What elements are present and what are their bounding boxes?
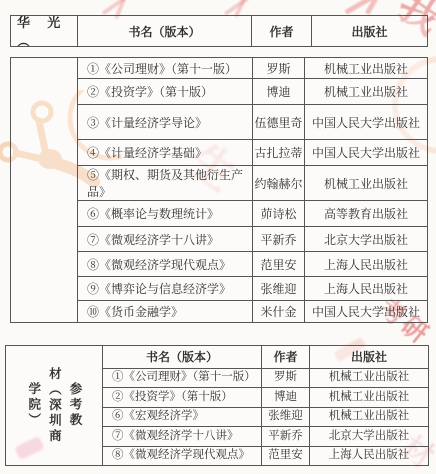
table-row: ④《计量经济学基础》 古扎拉蒂 中国人民大学出版社	[78, 139, 427, 165]
column-header-author: 作者	[252, 16, 312, 46]
publisher-cell: 机械工业出版社	[310, 388, 428, 406]
book-cell: ②《投资学》（第十版）	[78, 79, 253, 104]
table-row: ⑨《博弈论与信息经济学》 张维迎 上海人民出版社	[78, 276, 427, 300]
author-cell: 伍德里奇	[253, 105, 305, 139]
publisher-cell: 中国人民大学出版社	[305, 301, 427, 322]
table-row: ⑥《概率论与数理统计》 茆诗松 高等教育出版社	[78, 200, 427, 226]
table-row: ⑥《宏观经济学》 张维迎 机械工业出版社	[103, 407, 428, 426]
column-header-book: 书名（版本）	[78, 16, 252, 46]
book-cell: ④《计量经济学基础》	[78, 140, 253, 165]
author-cell: 博迪	[253, 79, 305, 104]
booklist-1-body: ①《公司理财》（第十一版） 罗斯 机械工业出版社 ②《投资学》（第十版） 博迪 …	[10, 57, 428, 323]
watermark-stroke	[344, 0, 381, 15]
column-header-book: 书名（版本）	[103, 346, 262, 368]
author-cell: 约翰赫尔	[253, 166, 305, 200]
publisher-cell: 中国人民大学出版社	[305, 140, 427, 165]
publisher-cell: 上海人民出版社	[310, 447, 428, 465]
side-label-column	[11, 58, 78, 322]
author-cell: 平新乔	[253, 227, 305, 251]
publisher-cell: 机械工业出版社	[310, 369, 428, 387]
book-cell: ⑩《货币金融学》	[78, 301, 253, 322]
book-cell: ①《公司理财》（第十一版）	[103, 369, 262, 387]
author-cell: 茆诗松	[253, 201, 305, 226]
author-cell: 张维迎	[253, 277, 305, 300]
corner-label: 华 光 ︵	[11, 16, 78, 46]
book-cell: ⑥《概率论与数理统计》	[78, 201, 253, 226]
side-label-column: 参考教 材（深圳商 学院）	[6, 346, 103, 465]
table-row: ⑦《微观经济学十八讲》 平新乔 北京大学出版社	[78, 226, 427, 251]
watermark-stroke	[224, 0, 253, 16]
publisher-cell: 高等教育出版社	[305, 201, 427, 226]
author-cell: 平新乔	[262, 427, 310, 445]
table-row: ⑤《期权、期货及其他衍生产品》 约翰赫尔 机械工业出版社	[78, 165, 427, 200]
author-cell: 罗斯	[253, 58, 305, 78]
table-row: ⑧《微观经济学现代观点》 范里安 上海人民出版社	[103, 446, 428, 465]
booklist-1-header: 华 光 ︵ 书名（版本） 作者 出版社	[10, 15, 428, 47]
author-cell: 范里安	[253, 252, 305, 276]
book-cell: ①《公司理财》（第十一版）	[78, 58, 253, 78]
column-header-publisher: 出版社	[310, 346, 428, 368]
publisher-cell: 机械工业出版社	[305, 166, 427, 200]
publisher-cell: 机械工业出版社	[310, 408, 428, 426]
author-cell: 罗斯	[262, 369, 310, 387]
publisher-cell: 机械工业出版社	[305, 58, 427, 78]
table-row: ⑦《微观经济学十八讲》 平新乔 北京大学出版社	[103, 426, 428, 445]
author-cell: 博迪	[262, 388, 310, 406]
book-cell: ⑥《宏观经济学》	[103, 408, 262, 426]
table-row: ③《计量经济学导论》 伍德里奇 中国人民大学出版社	[78, 104, 427, 139]
book-cell: ⑦《微观经济学十八讲》	[78, 227, 253, 251]
table-row: ①《公司理财》（第十一版） 罗斯 机械工业出版社	[103, 368, 428, 387]
author-cell: 古扎拉蒂	[253, 140, 305, 165]
table-row: ⑧《微观经济学现代观点》 范里安 上海人民出版社	[78, 251, 427, 276]
book-cell: ⑤《期权、期货及其他衍生产品》	[78, 166, 253, 200]
table-row: ⑩《货币金融学》 米什金 中国人民大学出版社	[78, 300, 427, 322]
book-cell: ②《投资学》（第十版）	[103, 388, 262, 406]
column-header-author: 作者	[262, 346, 310, 368]
publisher-cell: 北京大学出版社	[305, 227, 427, 251]
book-cell: ③《计量经济学导论》	[78, 105, 253, 139]
table-row: ①《公司理财》（第十一版） 罗斯 机械工业出版社	[78, 58, 427, 78]
book-cell: ⑧《微观经济学现代观点》	[78, 252, 253, 276]
author-cell: 张维迎	[262, 408, 310, 426]
watermark-stroke	[102, 0, 129, 15]
side-label: 参考教 材（深圳商 学院）	[23, 367, 85, 445]
booklist-2: 参考教 材（深圳商 学院） 书名（版本） 作者 出版社 ①《公司理财》（第十一版…	[5, 345, 429, 466]
table-row: ②《投资学》（第十版） 博迪 机械工业出版社	[78, 78, 427, 104]
column-header-publisher: 出版社	[312, 16, 427, 46]
book-cell: ⑦《微观经济学十八讲》	[103, 427, 262, 445]
book-cell: ⑧《微观经济学现代观点》	[103, 447, 262, 465]
publisher-cell: 机械工业出版社	[305, 79, 427, 104]
publisher-cell: 上海人民出版社	[305, 277, 427, 300]
book-cell: ⑨《博弈论与信息经济学》	[78, 277, 253, 300]
watermark-stroke	[365, 0, 378, 15]
publisher-cell: 中国人民大学出版社	[305, 105, 427, 139]
publisher-cell: 上海人民出版社	[305, 252, 427, 276]
author-cell: 米什金	[253, 301, 305, 322]
author-cell: 范里安	[262, 447, 310, 465]
table-row: ②《投资学》（第十版） 博迪 机械工业出版社	[103, 387, 428, 406]
publisher-cell: 北京大学出版社	[310, 427, 428, 445]
header-row: 书名（版本） 作者 出版社	[103, 346, 428, 368]
